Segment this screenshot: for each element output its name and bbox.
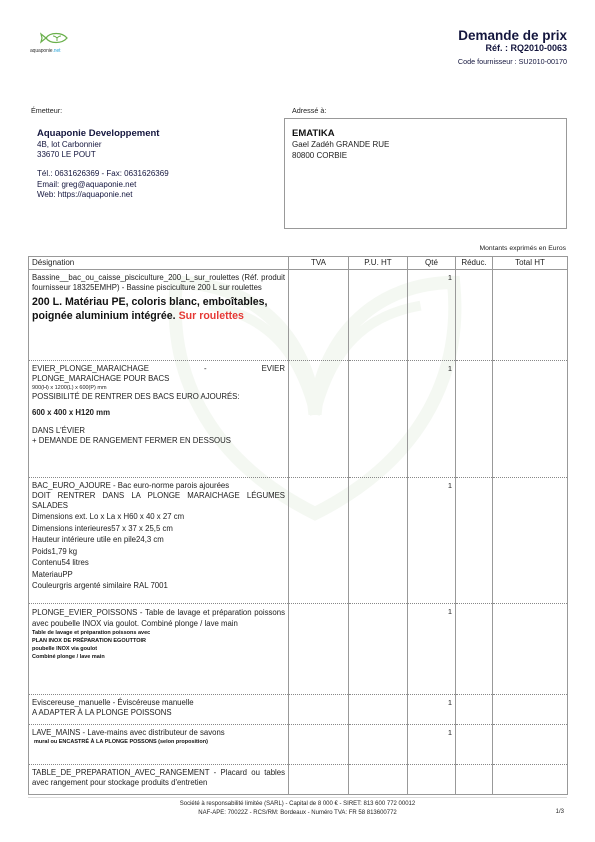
items-table: Désignation TVA P.U. HT Qté Réduc. Total… [28,256,568,795]
item-line: DANS L'ÉVIER [32,426,285,436]
pu-ht-cell [349,725,408,765]
recipient-name: EMATIKA [292,128,566,140]
item-line: A ADAPTER À LA PLONGE POISSONS [32,708,285,718]
column-header-pu-ht: P.U. HT [349,257,408,270]
recipient-label: Adressé à: [292,106,326,115]
footer-line1: Société à responsabilité limitée (SARL) … [0,800,595,809]
table-row: Bassine__bac_ou_caisse_pisciculture_200_… [29,270,568,361]
footer-legal: Société à responsabilité limitée (SARL) … [0,800,595,818]
reduc-cell [456,765,493,795]
item-detail: Combiné plonge / lave main [32,653,285,661]
table-row: Eviscereuse_manuelle - Éviscéreuse manue… [29,695,568,725]
column-header-tva: TVA [289,257,349,270]
table-header-row: Désignation TVA P.U. HT Qté Réduc. Total… [29,257,568,270]
item-bold-dimensions: 600 x 400 x H120 mm [32,408,285,418]
currency-note: Montants exprimés en Euros [479,245,566,252]
sender-web[interactable]: Web: https://aquaponie.net [37,190,169,200]
sender-email[interactable]: Email: greg@aquaponie.net [37,180,169,190]
item-spec: Dimensions ext. Lo x La x H60 x 40 x 27 … [32,511,285,523]
pu-ht-cell [349,270,408,361]
total-ht-cell [493,478,568,604]
column-header-designation: Désignation [29,257,289,270]
designation-cell: Eviscereuse_manuelle - Éviscéreuse manue… [29,695,289,725]
item-spec: Dimensions interieures57 x 37 x 25,5 cm [32,523,285,535]
item-title: Eviscereuse_manuelle - Éviscéreuse manue… [32,698,285,708]
tva-cell [289,604,349,695]
item-line: PLONGE_MARAICHAGE POUR BACS [32,374,285,384]
qty-cell: 1 [408,695,456,725]
item-spec: Contenu54 litres [32,557,285,569]
reduc-cell [456,361,493,478]
item-title: TABLE_DE_PREPARATION_AVEC_RANGEMENT - Pl… [32,768,285,788]
item-line: + DEMANDE DE RANGEMENT FERMER EN DESSOUS [32,436,285,446]
item-detail: Table de lavage et préparation poissons … [32,629,285,637]
tva-cell [289,695,349,725]
designation-cell: LAVE_MAINS - Lave-mains avec distributeu… [29,725,289,765]
page-number: 1/3 [556,809,564,815]
sender-address-line2: 33670 LE POUT [37,150,169,160]
designation-cell: TABLE_DE_PREPARATION_AVEC_RANGEMENT - Pl… [29,765,289,795]
designation-cell: PLONGE_EVIER_POISSONS - Table de lavage … [29,604,289,695]
pu-ht-cell [349,604,408,695]
sender-address-line1: 4B, lot Carbonnier [37,140,169,150]
item-separator: - [204,364,207,374]
tva-cell [289,478,349,604]
column-header-reduc: Réduc. [456,257,493,270]
item-description: Bassine__bac_ou_caisse_pisciculture_200_… [32,273,285,293]
pu-ht-cell [349,695,408,725]
item-spec: Poids1,79 kg [32,546,285,558]
item-spec: Couleurgris argenté similaire RAL 7001 [32,580,285,592]
item-spec: Hauteur intérieure utile en pile24,3 cm [32,534,285,546]
table-row: BAC_EURO_AJOURE - Bac euro-norme parois … [29,478,568,604]
recipient-block: EMATIKA Gael Zadéh GRANDE RUE 80800 CORB… [284,118,567,229]
logo-wordmark: aquaponie.net [30,48,60,54]
sender-name: Aquaponie Developpement [37,128,169,140]
designation-cell: BAC_EURO_AJOURE - Bac euro-norme parois … [29,478,289,604]
qty-cell: 1 [408,361,456,478]
item-detail: mural ou ENCASTRÉ À LA PLONGE POSSONS (s… [32,738,285,746]
qty-cell: 1 [408,478,456,604]
column-header-qty: Qté [408,257,456,270]
reduc-cell [456,478,493,604]
qty-cell: 1 [408,725,456,765]
reduc-cell [456,695,493,725]
item-highlight: 200 L. Matériau PE, coloris blanc, emboî… [32,295,285,323]
document-reference: Réf. : RQ2010-0063 [485,43,567,53]
footer-line2: NAF-APE: 70022Z - RCS/RM: Bordeaux - Num… [0,809,595,818]
tva-cell [289,765,349,795]
reduc-cell [456,725,493,765]
item-spec: MateriauPP [32,569,285,581]
item-code: EVIER_PLONGE_MARAICHAGE [32,364,149,374]
item-highlight-red: Sur roulettes [179,310,244,322]
reduc-cell [456,604,493,695]
qty-cell: 1 [408,270,456,361]
total-ht-cell [493,765,568,795]
sender-phone-fax: Tél.: 0631626369 - Fax: 0631626369 [37,169,169,179]
table-row: PLONGE_EVIER_POISSONS - Table de lavage … [29,604,568,695]
designation-cell: Bassine__bac_ou_caisse_pisciculture_200_… [29,270,289,361]
pu-ht-cell [349,765,408,795]
table-row: LAVE_MAINS - Lave-mains avec distributeu… [29,725,568,765]
logo-suffix: .net [52,48,60,54]
qty-cell: 1 [408,604,456,695]
sender-label: Émetteur: [31,106,62,115]
item-title: EVIER_PLONGE_MARAICHAGE-EVIER [32,364,285,374]
item-title: LAVE_MAINS - Lave-mains avec distributeu… [32,728,285,738]
tva-cell [289,270,349,361]
pu-ht-cell [349,361,408,478]
qty-cell [408,765,456,795]
tva-cell [289,725,349,765]
item-subtitle: DOIT RENTRER DANS LA PLONGE MARAICHAGE L… [32,491,285,511]
total-ht-cell [493,361,568,478]
reduc-cell [456,270,493,361]
item-title: BAC_EURO_AJOURE - Bac euro-norme parois … [32,481,285,491]
item-line: POSSIBILITÉ DE RENTRER DES BACS EURO AJO… [32,392,285,402]
column-header-total-ht: Total HT [493,257,568,270]
designation-cell: EVIER_PLONGE_MARAICHAGE-EVIER PLONGE_MAR… [29,361,289,478]
total-ht-cell [493,725,568,765]
item-title-tail: EVIER [262,364,285,374]
document-title: Demande de prix [458,28,567,43]
fish-leaf-icon [40,30,70,46]
total-ht-cell [493,270,568,361]
table-row: TABLE_DE_PREPARATION_AVEC_RANGEMENT - Pl… [29,765,568,795]
total-ht-cell [493,604,568,695]
table-row: EVIER_PLONGE_MARAICHAGE-EVIER PLONGE_MAR… [29,361,568,478]
logo-text: aquaponie [30,48,52,54]
pu-ht-cell [349,478,408,604]
recipient-address-line1: Gael Zadéh GRANDE RUE [292,140,566,151]
company-logo: aquaponie.net [30,30,80,56]
item-dimensions: 900(H) x 1200(L) x 600(P) mm [32,384,285,392]
item-title: PLONGE_EVIER_POISSONS - Table de lavage … [32,607,285,629]
footer-divider [28,797,567,798]
tva-cell [289,361,349,478]
total-ht-cell [493,695,568,725]
item-detail: poubelle INOX via goulot [32,645,285,653]
item-detail: PLAN INOX DE PRÉPARATION EGOUTTOIR [32,637,285,645]
recipient-address-line2: 80800 CORBIE [292,151,566,162]
sender-block: Aquaponie Developpement 4B, lot Carbonni… [37,128,169,200]
supplier-code: Code fournisseur : SU2010-00170 [458,57,567,66]
